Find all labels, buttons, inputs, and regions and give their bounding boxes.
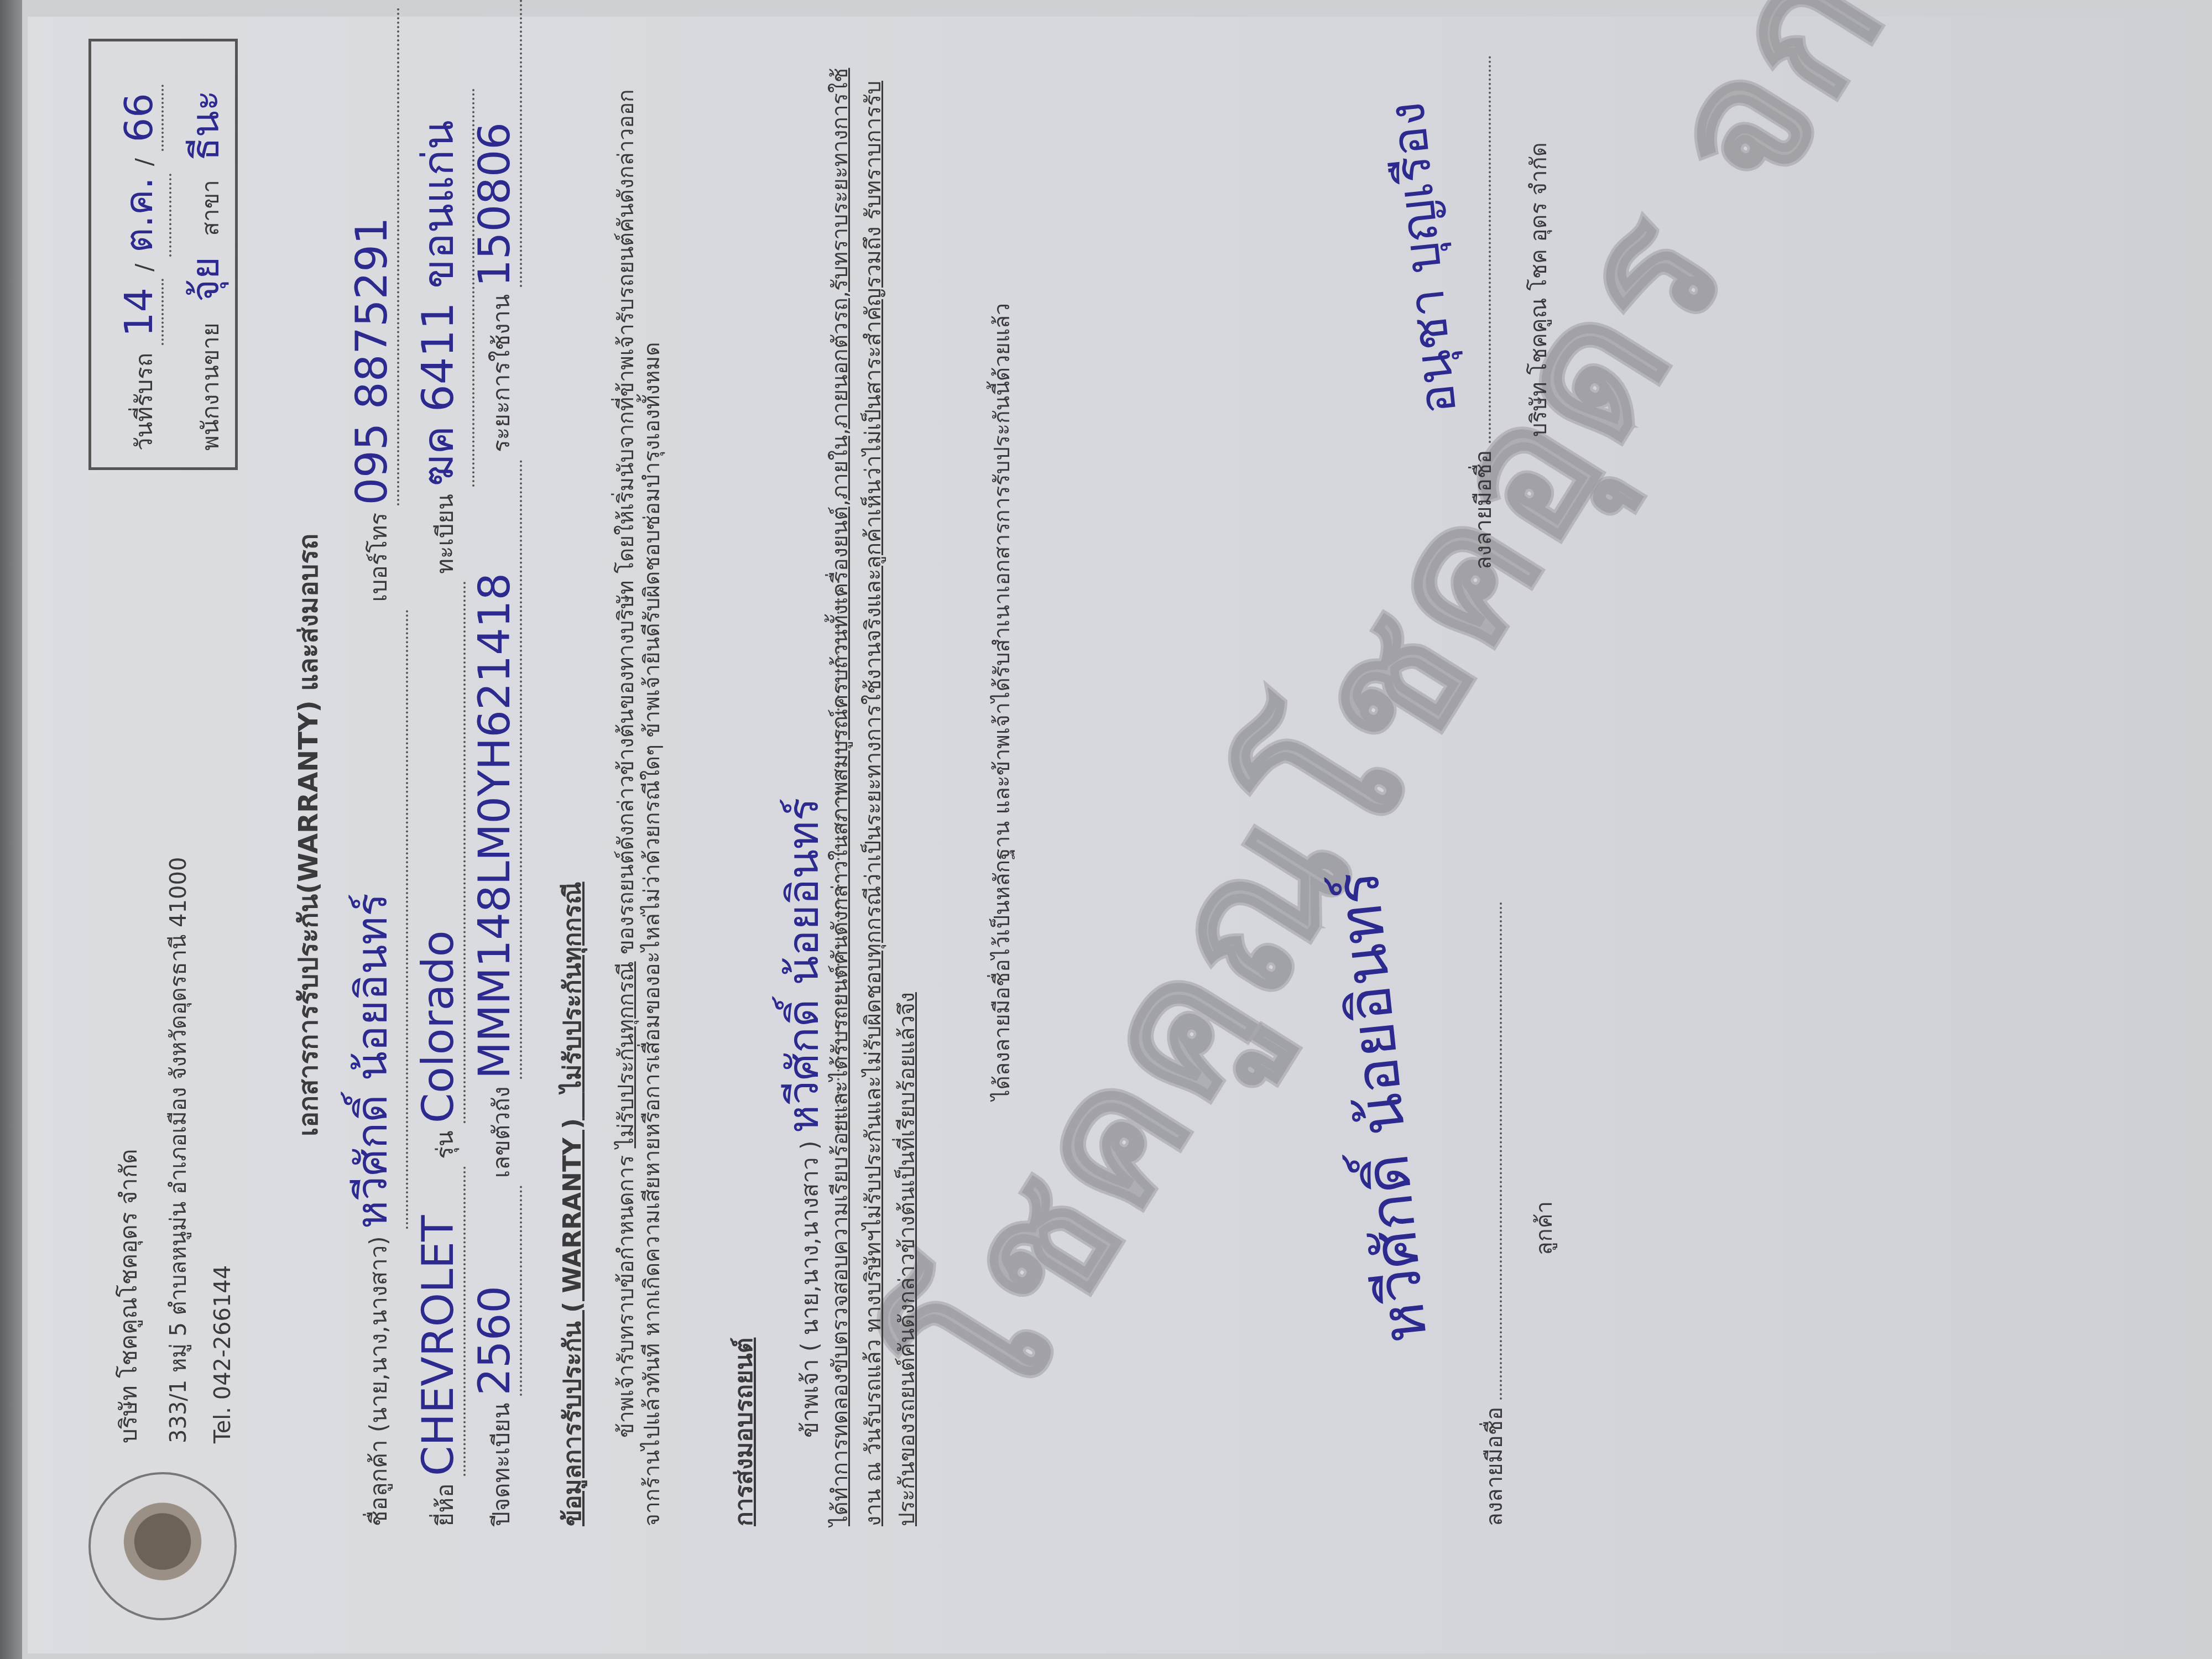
customer-name-row: ชื่อลูกค้า (นาย,นาง,นางสาว) หวีศักดิ์ น้… (337, 8, 408, 1526)
company-name: บริษัท โชคคูณโชคอุดร จำกัด (111, 1149, 147, 1443)
delivery-paragraph-end: ได้ลงลายมือชื่อไว้เป็นหลักฐาน และข้าพเจ้… (990, 61, 1016, 1100)
date-box: วันที่รับรถ 14 / ต.ค. / 66 พนักงานขาย จุ… (88, 39, 238, 470)
company-tel: Tel. 042-266144 (210, 1265, 236, 1443)
company-signature: อนุชา บุญเรือง (1366, 98, 1478, 418)
warranty-heading: ข้อมูลการรับประกัน ( WARRANTY ) ไม่รับปร… (553, 881, 592, 1526)
customer-role: ลูกค้า (1526, 1201, 1562, 1255)
delivery-customer-name: หวีศักดิ์ น้อยอินทร์ (779, 798, 828, 1134)
registration-row: ปีจดทะเบียน 2560 เลขตัวถัง MMM148LM0YH62… (470, 0, 522, 1526)
delivery-heading: การส่งมอบรถยนต์ (724, 1338, 763, 1526)
warranty-heading-note: ไม่รับประกันทุกกรณี (559, 881, 587, 1092)
warranty-paragraph: ข้าพเจ้ารับทราบข้อกำหนดการ ไม่รับประกันท… (614, 61, 666, 1526)
company-sign-label: ลงลายมือชื่อ (1465, 56, 1501, 570)
salesperson-row: พนักงานขาย จุ้ย สาขา ธีนะ (174, 79, 238, 451)
model-value: Colorado (414, 930, 463, 1123)
customer-name-value: หวีศักดิ์ น้อยอินทร์ (347, 893, 397, 1229)
warranty-document: โชคคูณโชคอุดร จก. บริษัท โชคคูณโชคอุดร จ… (28, 17, 2184, 1653)
salesperson-value: จุ้ย (182, 257, 228, 302)
received-month: ต.ค. (116, 177, 161, 253)
document-title: เอกสารการรับประกัน(WARRANTY) และส่งมอบรถ (288, 17, 330, 1653)
customer-sign-label: ลงลายมือชื่อ (1477, 902, 1512, 1526)
plate-value: ฆค 6411 ขอนแก่น (414, 120, 463, 486)
received-day: 14 (116, 288, 161, 337)
chassis-value: MMM148LM0YH621418 (470, 573, 520, 1079)
company-address: 333/1 หมู่ 5 ตำบลหนูม่น อำเภอเมือง จังหว… (160, 857, 196, 1443)
branch-value: ธีนะ (182, 90, 228, 161)
delivery-paragraph: ได้ทำการทดลองขับตรวจสอบความเรียบร้อยและไ… (824, 61, 924, 1526)
received-date-row: วันที่รับรถ 14 / ต.ค. / 66 (108, 85, 171, 451)
received-year: 66 (116, 93, 161, 142)
company-role: บริษัท โชคคูณ โชค อุดร จำกัด (1521, 142, 1556, 437)
reg-year-value: 2560 (470, 1286, 520, 1396)
customer-signature: หวีศักดิ์ น้อยอินทร์ (1308, 867, 1453, 1348)
lion-emblem-icon (116, 1499, 210, 1593)
vehicle-row: ยี่ห้อ CHEVROLET รุ่น Colorado ทะเบียน ฆ… (404, 88, 474, 1526)
company-logo (88, 1472, 237, 1620)
mileage-value: 150806 (470, 122, 520, 287)
phone-value: 095 8875291 (347, 217, 397, 505)
brand-value: CHEVROLET (414, 1215, 463, 1476)
